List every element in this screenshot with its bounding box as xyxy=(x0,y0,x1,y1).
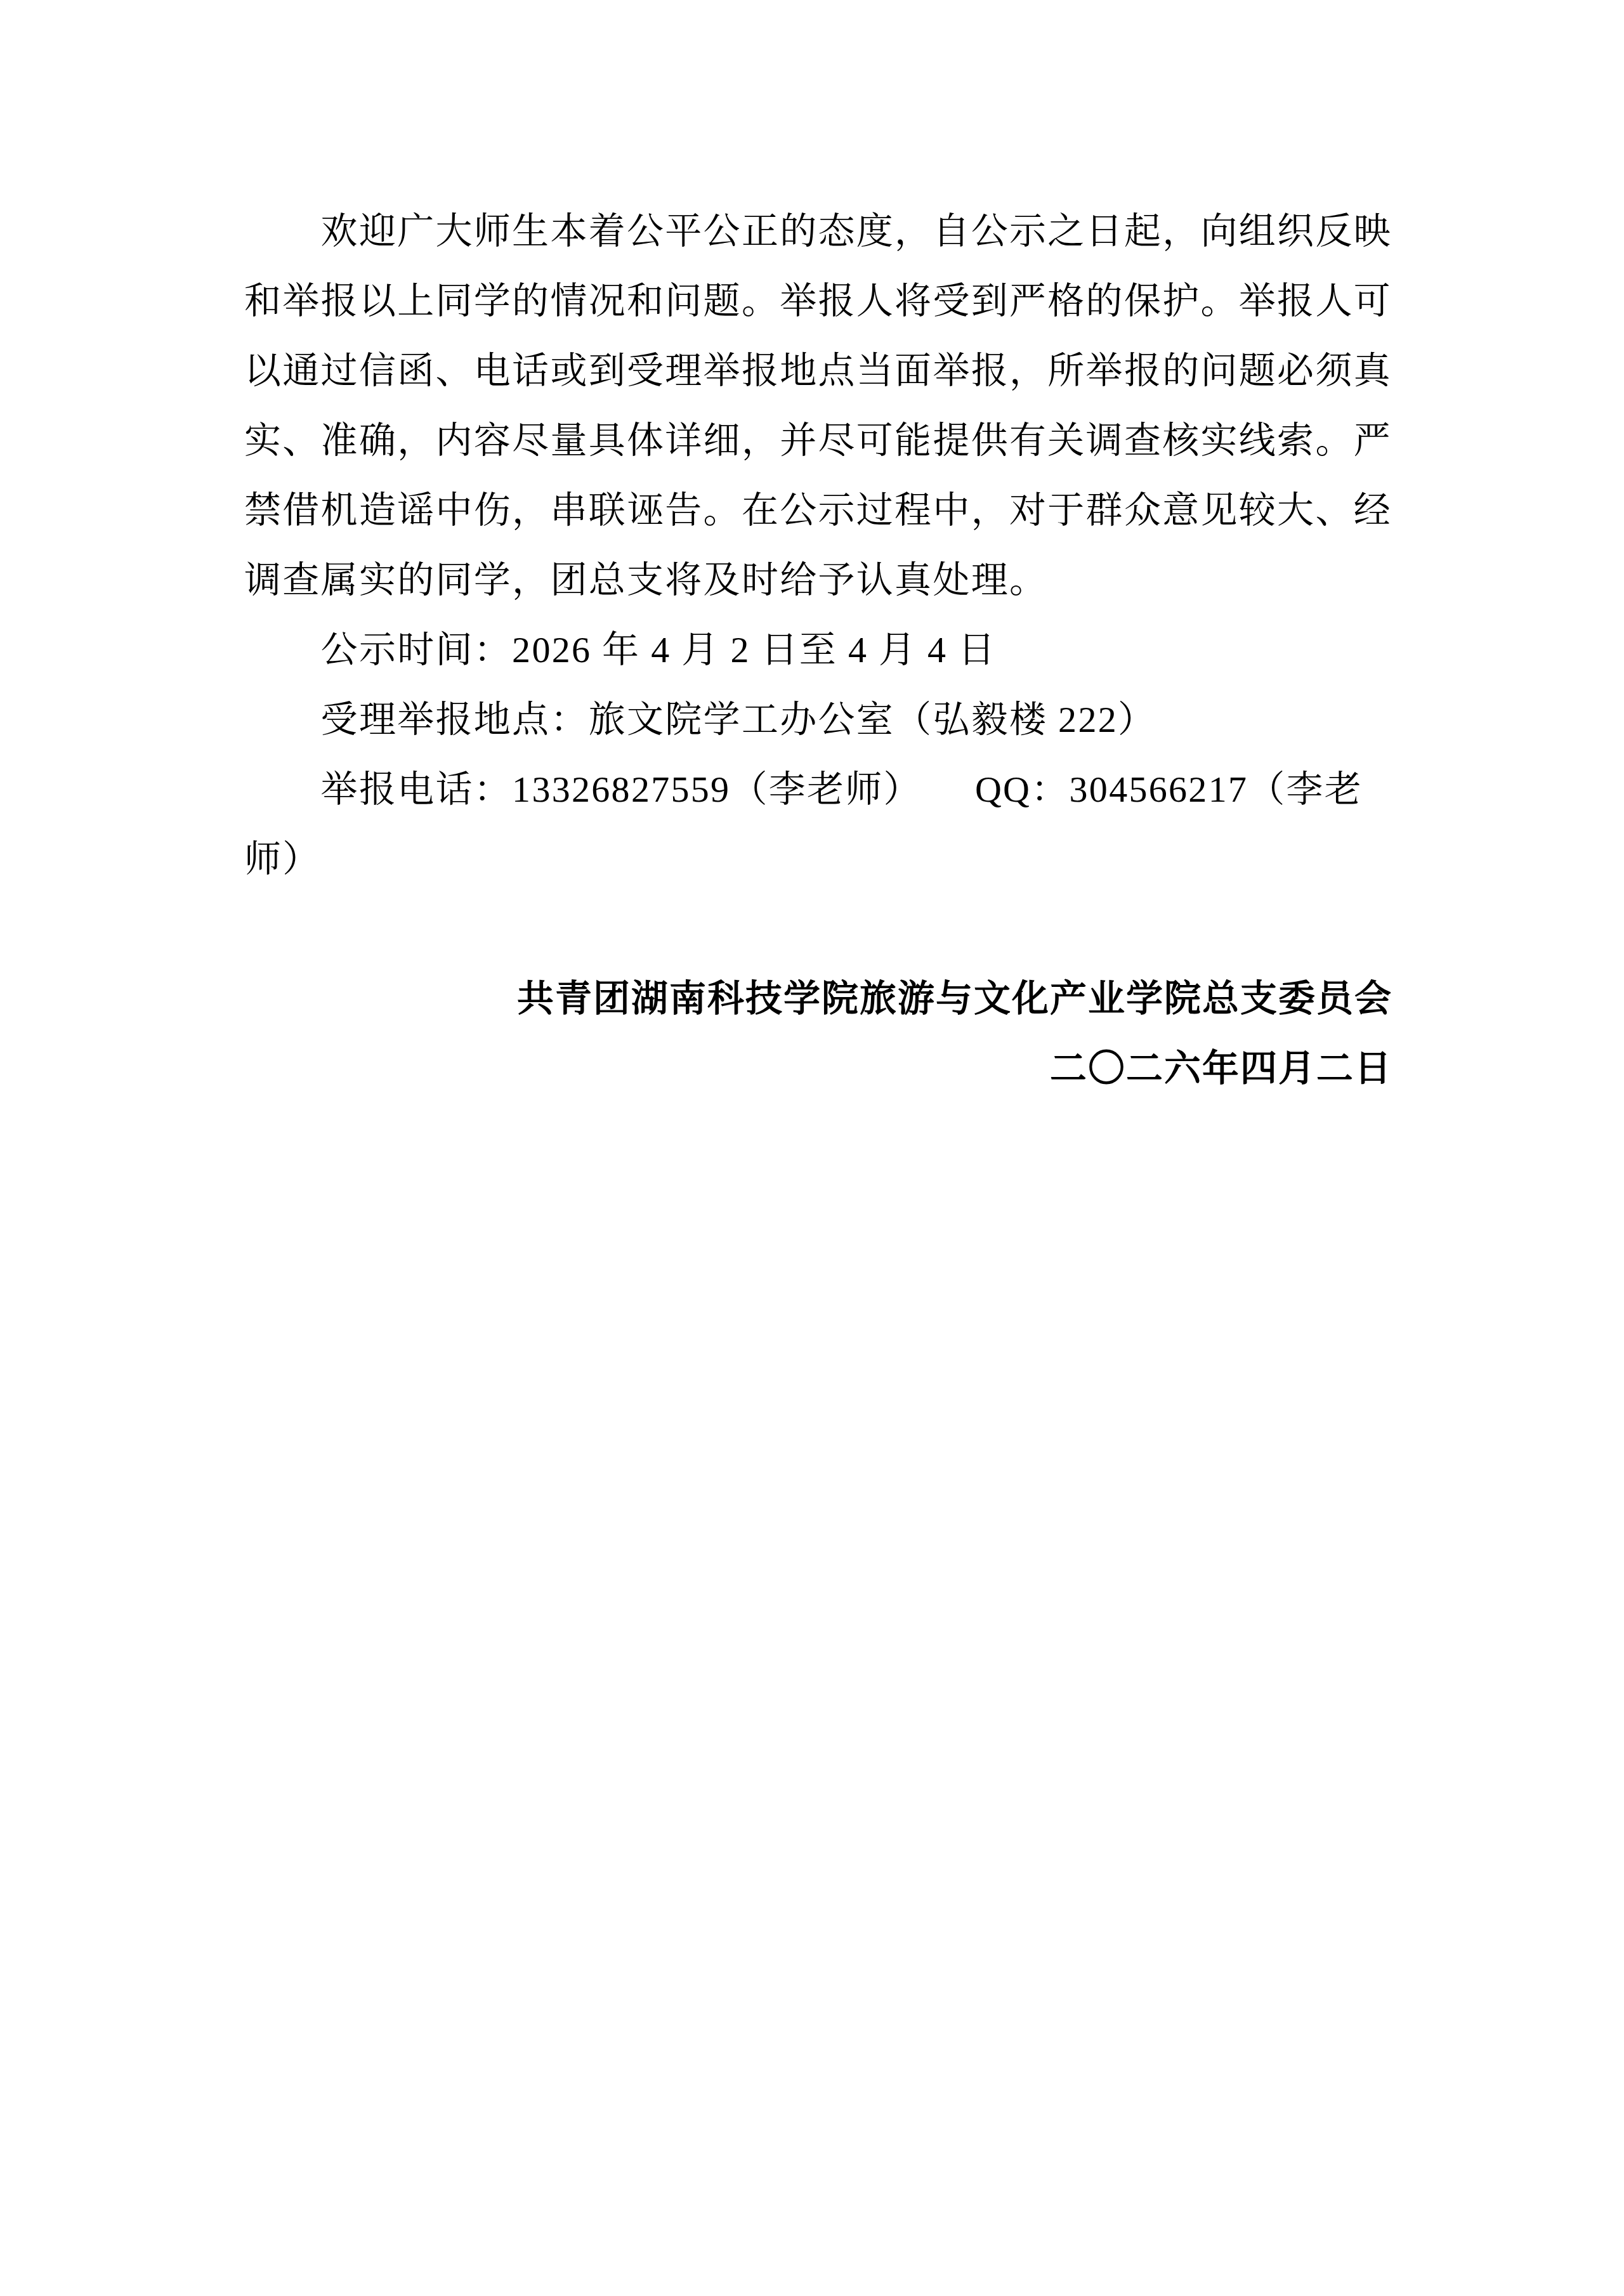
paragraph-line: 实、准确，内容尽量具体详细，并尽可能提供有关调查核实线索。严 xyxy=(244,406,1392,476)
document-page: 欢迎广大师生本着公平公正的态度，自公示之日起，向组织反映 和举报以上同学的情况和… xyxy=(0,0,1624,2296)
paragraph-line: 禁借机造谣中伤，串联诬告。在公示过程中，对于群众意见较大、经 xyxy=(244,476,1392,545)
paragraph-line: 调查属实的同学，团总支将及时给予认真处理。 xyxy=(244,545,1392,615)
signature-committee: 共青团湖南科技学院旅游与文化产业学院总支委员会 xyxy=(244,964,1392,1034)
signature-date: 二〇二六年四月二日 xyxy=(244,1034,1392,1104)
publicity-time-line: 公示时间：2026 年 4 月 2 日至 4 月 4 日 xyxy=(244,615,1392,685)
report-phone-line: 举报电话：13326827559（李老师） QQ：304566217（李老师） xyxy=(244,755,1392,894)
blank-line xyxy=(244,894,1392,964)
paragraph-line: 和举报以上同学的情况和问题。举报人将受到严格的保护。举报人可 xyxy=(244,266,1392,336)
paragraph-line: 以通过信函、电话或到受理举报地点当面举报，所举报的问题必须真 xyxy=(244,336,1392,406)
paragraph-line: 欢迎广大师生本着公平公正的态度，自公示之日起，向组织反映 xyxy=(244,197,1392,266)
document-text-column: 欢迎广大师生本着公平公正的态度，自公示之日起，向组织反映 和举报以上同学的情况和… xyxy=(244,197,1392,1104)
report-location-line: 受理举报地点：旅文院学工办公室（弘毅楼 222） xyxy=(244,685,1392,755)
